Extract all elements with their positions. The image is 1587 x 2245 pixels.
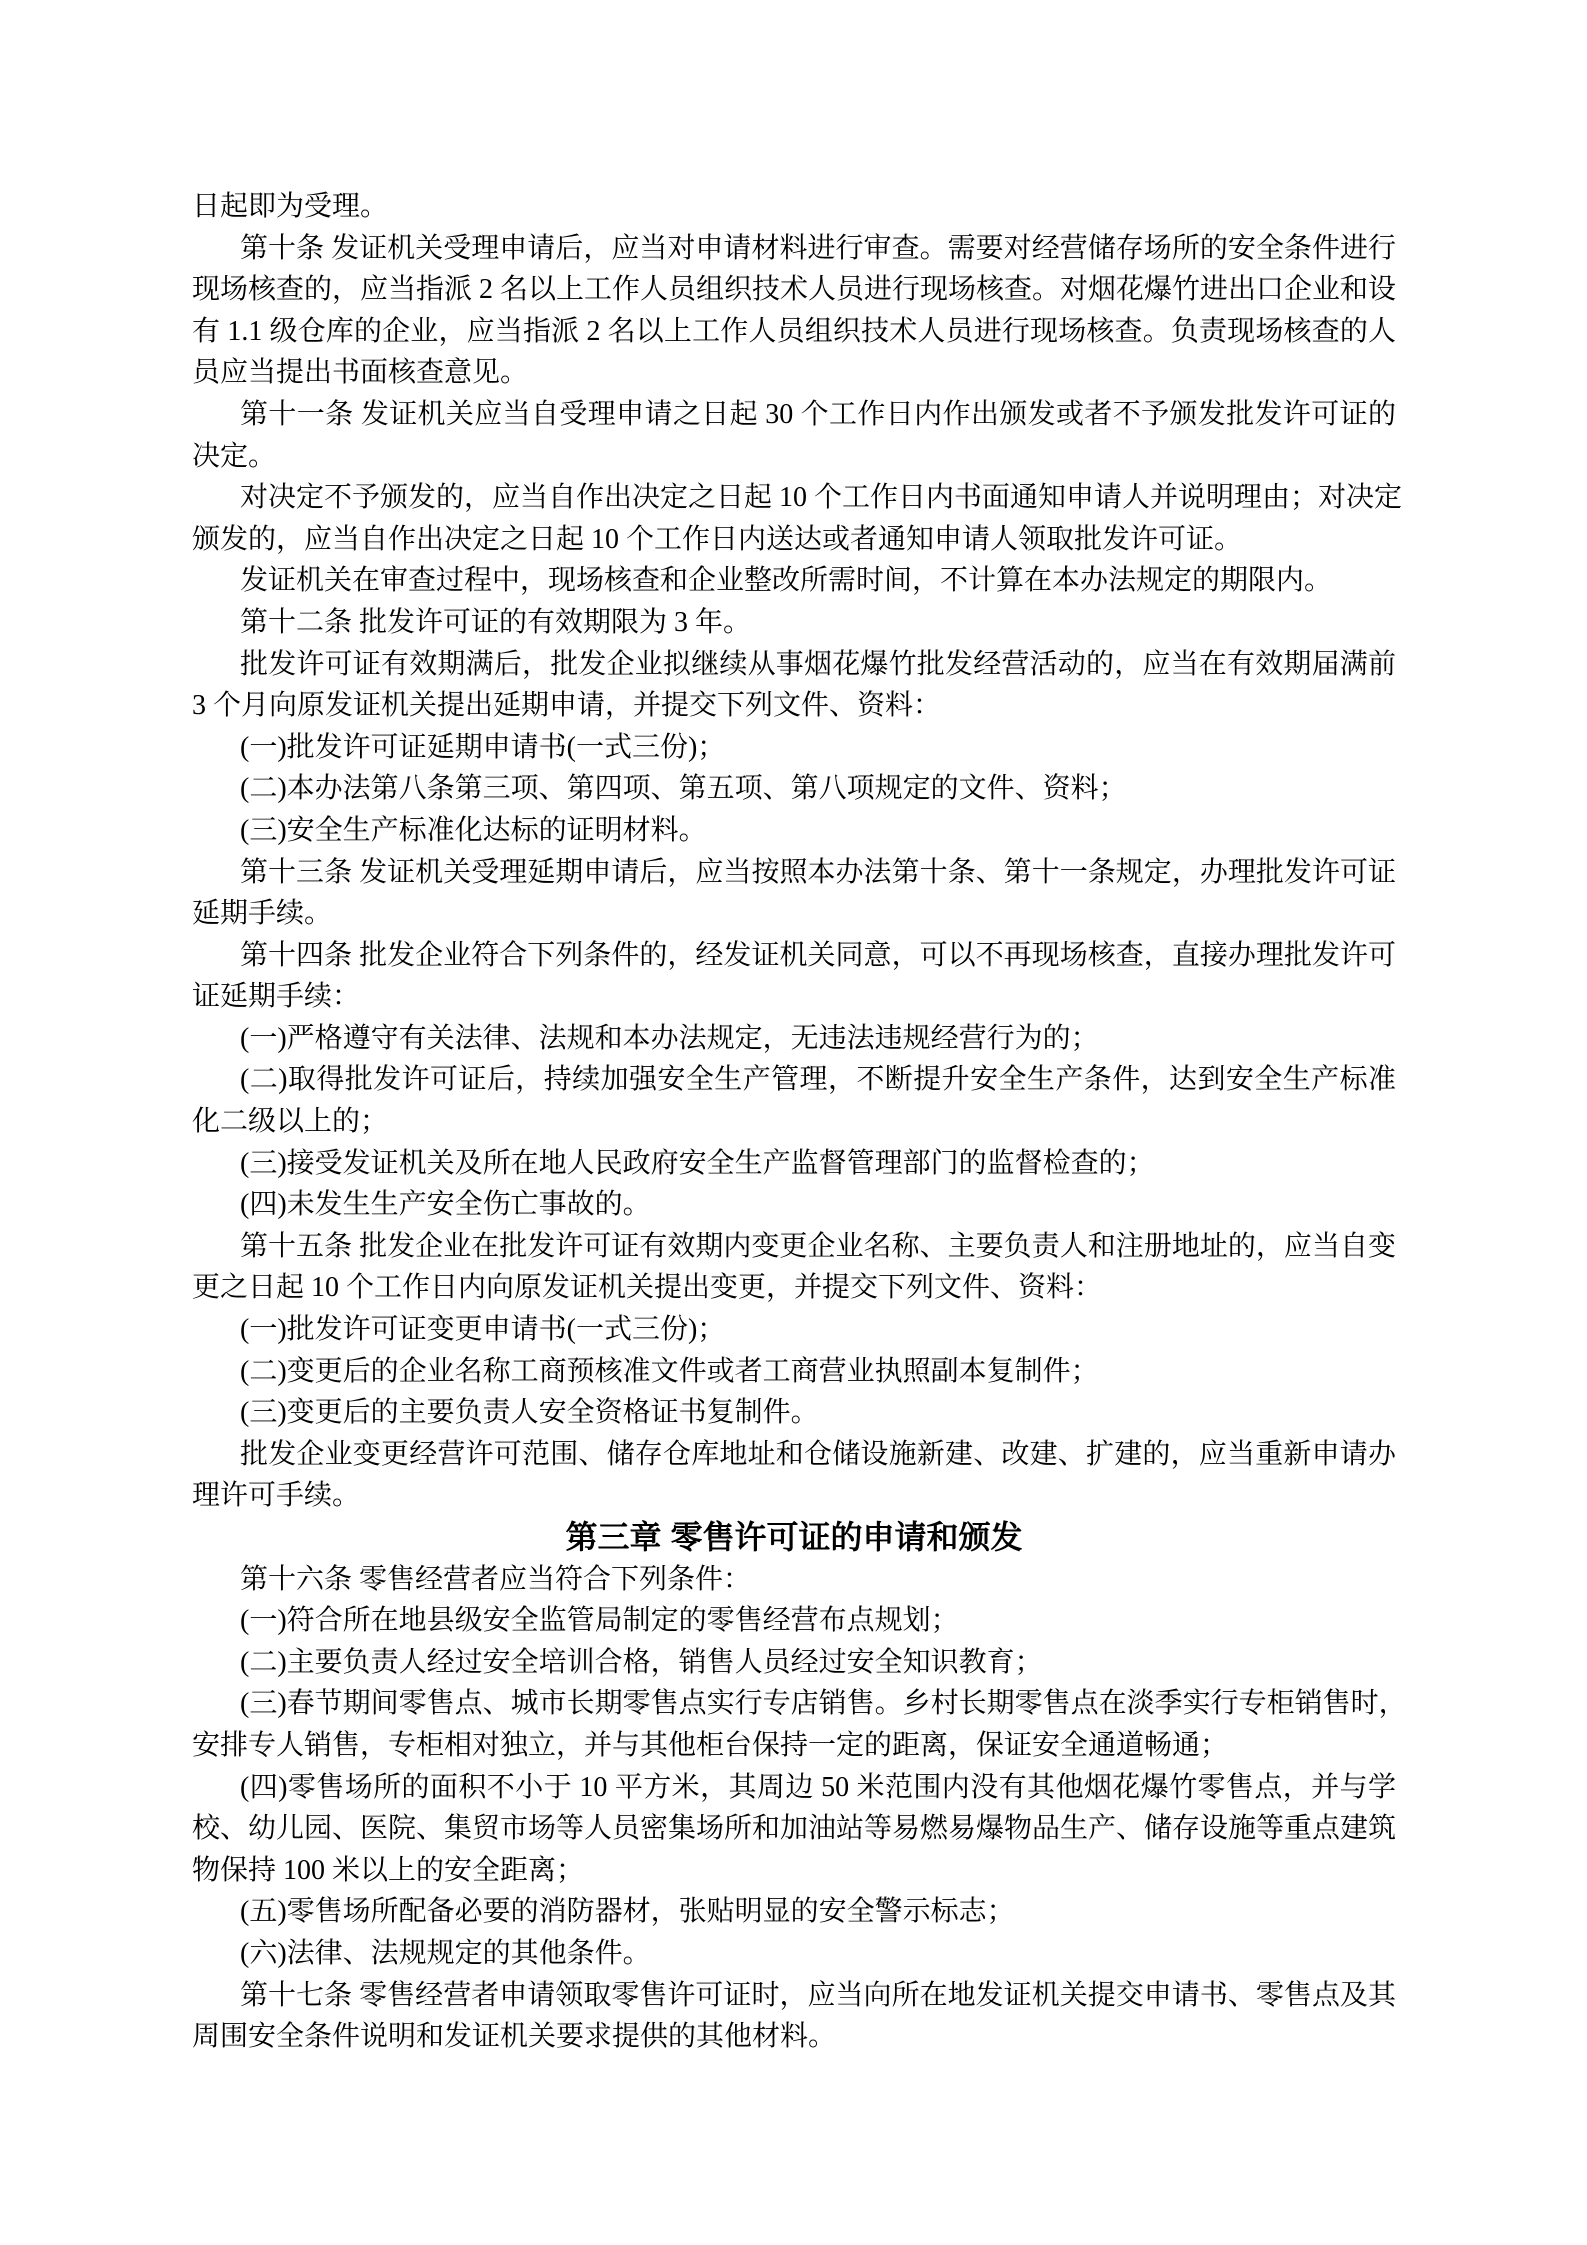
text-line: 第十四条 批发企业符合下列条件的，经发证机关同意，可以不再现场核查，直接办理批发… <box>192 935 1396 977</box>
text-line: 3 个月向原发证机关提出延期申请，并提交下列文件、资料： <box>192 685 1396 727</box>
text-line: (六)法律、法规规定的其他条件。 <box>192 1933 1396 1975</box>
text-line: 周围安全条件说明和发证机关要求提供的其他材料。 <box>192 2016 1396 2058</box>
text-line: 延期手续。 <box>192 893 1396 935</box>
text-line: 物保持 100 米以上的安全距离； <box>192 1850 1396 1892</box>
text-line: (四)零售场所的面积不小于 10 平方米，其周边 50 米范围内没有其他烟花爆竹… <box>192 1767 1396 1809</box>
text-line: 有 1.1 级仓库的企业，应当指派 2 名以上工作人员组织技术人员进行现场核查。… <box>192 311 1396 353</box>
text-line: 第十条 发证机关受理申请后，应当对申请材料进行审查。需要对经营储存场所的安全条件… <box>192 228 1396 270</box>
text-line: (一)严格遵守有关法律、法规和本办法规定，无违法违规经营行为的； <box>192 1018 1396 1060</box>
text-line: (二)本办法第八条第三项、第四项、第五项、第八项规定的文件、资料； <box>192 768 1396 810</box>
text-line: 第十六条 零售经营者应当符合下列条件： <box>192 1559 1396 1601</box>
text-line: (三)春节期间零售点、城市长期零售点实行专店销售。乡村长期零售点在淡季实行专柜销… <box>192 1683 1396 1725</box>
document-page: 日起即为受理。第十条 发证机关受理申请后，应当对申请材料进行审查。需要对经营储存… <box>0 0 1587 2245</box>
chapter-heading: 第三章 零售许可证的申请和颁发 <box>192 1517 1396 1559</box>
text-line: 员应当提出书面核查意见。 <box>192 352 1396 394</box>
text-line: 第十五条 批发企业在批发许可证有效期内变更企业名称、主要负责人和注册地址的，应当… <box>192 1226 1396 1268</box>
text-line: 现场核查的，应当指派 2 名以上工作人员组织技术人员进行现场核查。对烟花爆竹进出… <box>192 269 1396 311</box>
text-line: 日起即为受理。 <box>192 186 1396 228</box>
text-line: (五)零售场所配备必要的消防器材，张贴明显的安全警示标志； <box>192 1891 1396 1933</box>
text-line: (二)取得批发许可证后，持续加强安全生产管理，不断提升安全生产条件，达到安全生产… <box>192 1059 1396 1101</box>
text-line: 发证机关在审查过程中，现场核查和企业整改所需时间，不计算在本办法规定的期限内。 <box>192 560 1396 602</box>
text-line: 颁发的，应当自作出决定之日起 10 个工作日内送达或者通知申请人领取批发许可证。 <box>192 519 1396 561</box>
text-line: (三)接受发证机关及所在地人民政府安全生产监督管理部门的监督检查的； <box>192 1143 1396 1185</box>
text-line: 批发许可证有效期满后，批发企业拟继续从事烟花爆竹批发经营活动的，应当在有效期届满… <box>192 644 1396 686</box>
text-line: (二)变更后的企业名称工商预核准文件或者工商营业执照副本复制件； <box>192 1351 1396 1393</box>
text-line: 决定。 <box>192 436 1396 478</box>
text-line: 理许可手续。 <box>192 1475 1396 1517</box>
text-line: (一)符合所在地县级安全监管局制定的零售经营布点规划； <box>192 1600 1396 1642</box>
text-line: 第十二条 批发许可证的有效期限为 3 年。 <box>192 602 1396 644</box>
text-line: 证延期手续： <box>192 976 1396 1018</box>
text-line: (三)变更后的主要负责人安全资格证书复制件。 <box>192 1392 1396 1434</box>
text-line: 校、幼儿园、医院、集贸市场等人员密集场所和加油站等易燃易爆物品生产、储存设施等重… <box>192 1808 1396 1850</box>
text-line: 第十三条 发证机关受理延期申请后，应当按照本办法第十条、第十一条规定，办理批发许… <box>192 852 1396 894</box>
text-line: 安排专人销售，专柜相对独立，并与其他柜台保持一定的距离，保证安全通道畅通； <box>192 1725 1396 1767</box>
text-line: 第十一条 发证机关应当自受理申请之日起 30 个工作日内作出颁发或者不予颁发批发… <box>192 394 1396 436</box>
text-line: (四)未发生生产安全伤亡事故的。 <box>192 1184 1396 1226</box>
text-line: (二)主要负责人经过安全培训合格，销售人员经过安全知识教育； <box>192 1642 1396 1684</box>
text-line: 对决定不予颁发的，应当自作出决定之日起 10 个工作日内书面通知申请人并说明理由… <box>192 477 1396 519</box>
text-line: (一)批发许可证变更申请书(一式三份)； <box>192 1309 1396 1351</box>
text-line: (一)批发许可证延期申请书(一式三份)； <box>192 727 1396 769</box>
text-line: 第十七条 零售经营者申请领取零售许可证时，应当向所在地发证机关提交申请书、零售点… <box>192 1975 1396 2017</box>
document-content: 日起即为受理。第十条 发证机关受理申请后，应当对申请材料进行审查。需要对经营储存… <box>192 186 1396 2058</box>
text-line: 更之日起 10 个工作日内向原发证机关提出变更，并提交下列文件、资料： <box>192 1267 1396 1309</box>
text-line: (三)安全生产标准化达标的证明材料。 <box>192 810 1396 852</box>
text-line: 批发企业变更经营许可范围、储存仓库地址和仓储设施新建、改建、扩建的，应当重新申请… <box>192 1434 1396 1476</box>
text-line: 化二级以上的； <box>192 1101 1396 1143</box>
